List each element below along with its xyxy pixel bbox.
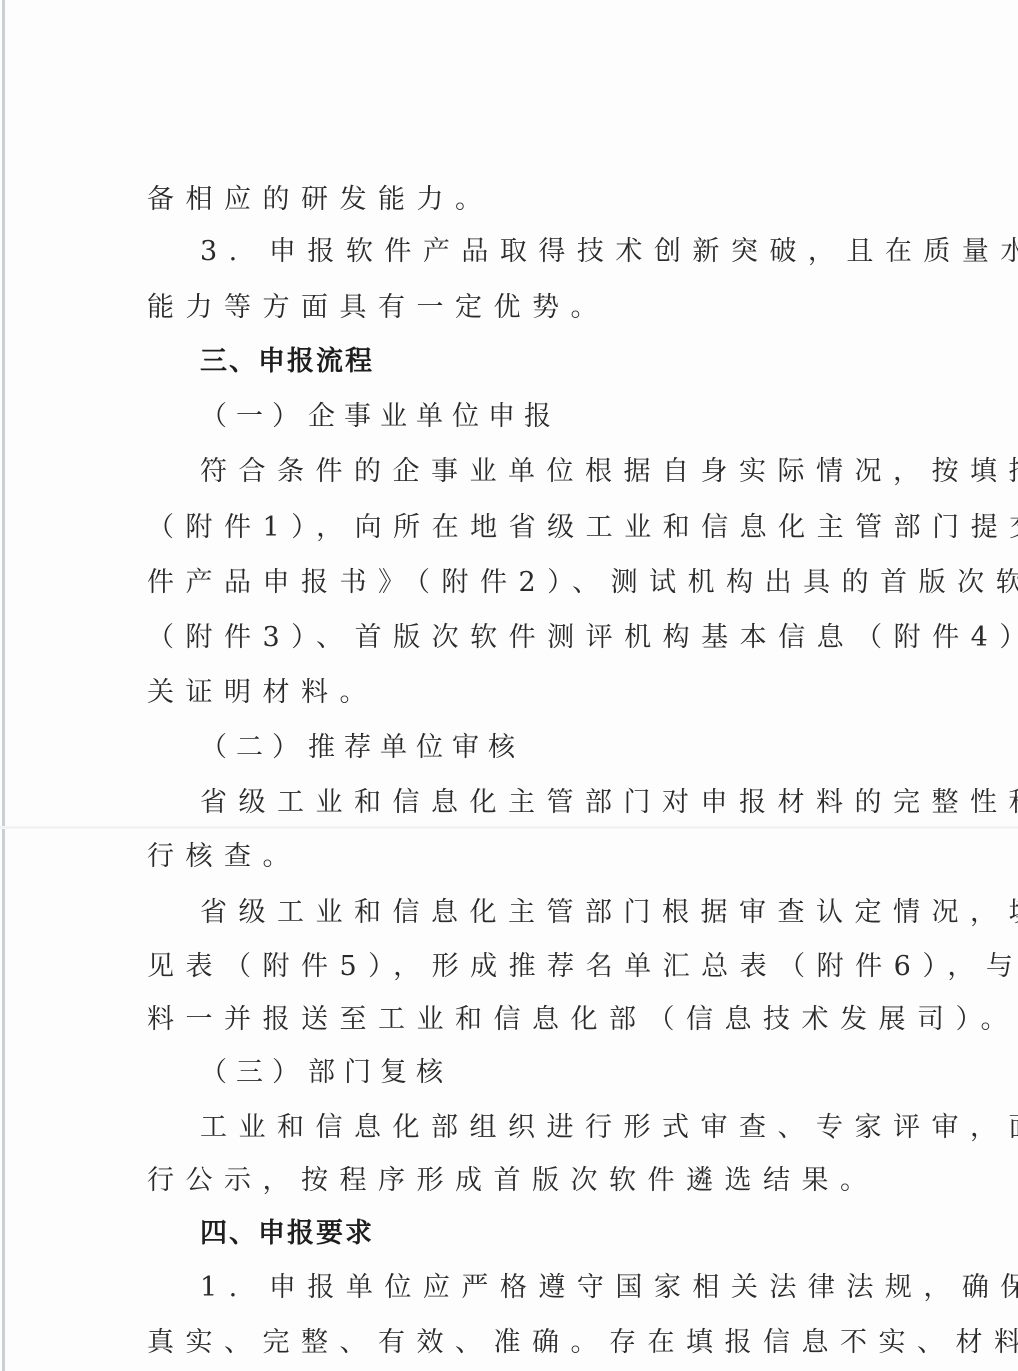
text-line: 见表（附件5），形成推荐名单汇总表（附件6），与单位申报材 <box>147 947 1018 987</box>
subsection-heading: （二）推荐单位审核 <box>200 728 524 768</box>
text-line: 能力等方面具有一定优势。 <box>147 288 609 328</box>
text-line: 料一并报送至工业和信息化部（信息技术发展司）。 <box>147 1000 1018 1040</box>
subsection-heading: （一）企事业单位申报 <box>200 397 560 437</box>
section-heading: 三、申报流程 <box>200 342 374 382</box>
text-line: （附件1），向所在地省级工业和信息化主管部门提交《首版次软 <box>147 508 1018 548</box>
text-line: 工业和信息化部组织进行形式审查、专家评审，面向社会进 <box>200 1108 1018 1148</box>
text-line: 省级工业和信息化主管部门对申报材料的完整性和真实性进 <box>200 783 1018 823</box>
text-line: 行核查。 <box>147 837 301 877</box>
text-line: 省级工业和信息化主管部门根据审查认定情况，填写审核意 <box>200 893 1018 933</box>
text-line: 件产品申报书》（附件2）、测试机构出具的首版次软件测评意见 <box>147 563 1018 603</box>
text-line: 真实、完整、有效、准确。存在填报信息不实、材料不齐，瞒 <box>147 1323 1018 1363</box>
section-heading: 四、申报要求 <box>200 1214 374 1254</box>
scan-left-border <box>2 0 5 1371</box>
scan-fold-line <box>0 826 1018 829</box>
text-line: （附件3）、首版次软件测评机构基本信息（附件4）以及其他相 <box>147 618 1018 658</box>
text-line: 符合条件的企事业单位根据自身实际情况，按填报说明要求 <box>200 452 1018 492</box>
text-line: 备相应的研发能力。 <box>147 180 494 220</box>
text-line: 1. 申报单位应严格遵守国家相关法律法规，确保申报材料 <box>200 1268 1018 1308</box>
subsection-heading: （三）部门复核 <box>200 1053 452 1093</box>
text-line: 关证明材料。 <box>147 673 378 713</box>
text-line: 行公示，按程序形成首版次软件遴选结果。 <box>147 1161 879 1201</box>
text-line: 3. 申报软件产品取得技术创新突破，且在质量水平、市场 <box>200 232 1018 272</box>
